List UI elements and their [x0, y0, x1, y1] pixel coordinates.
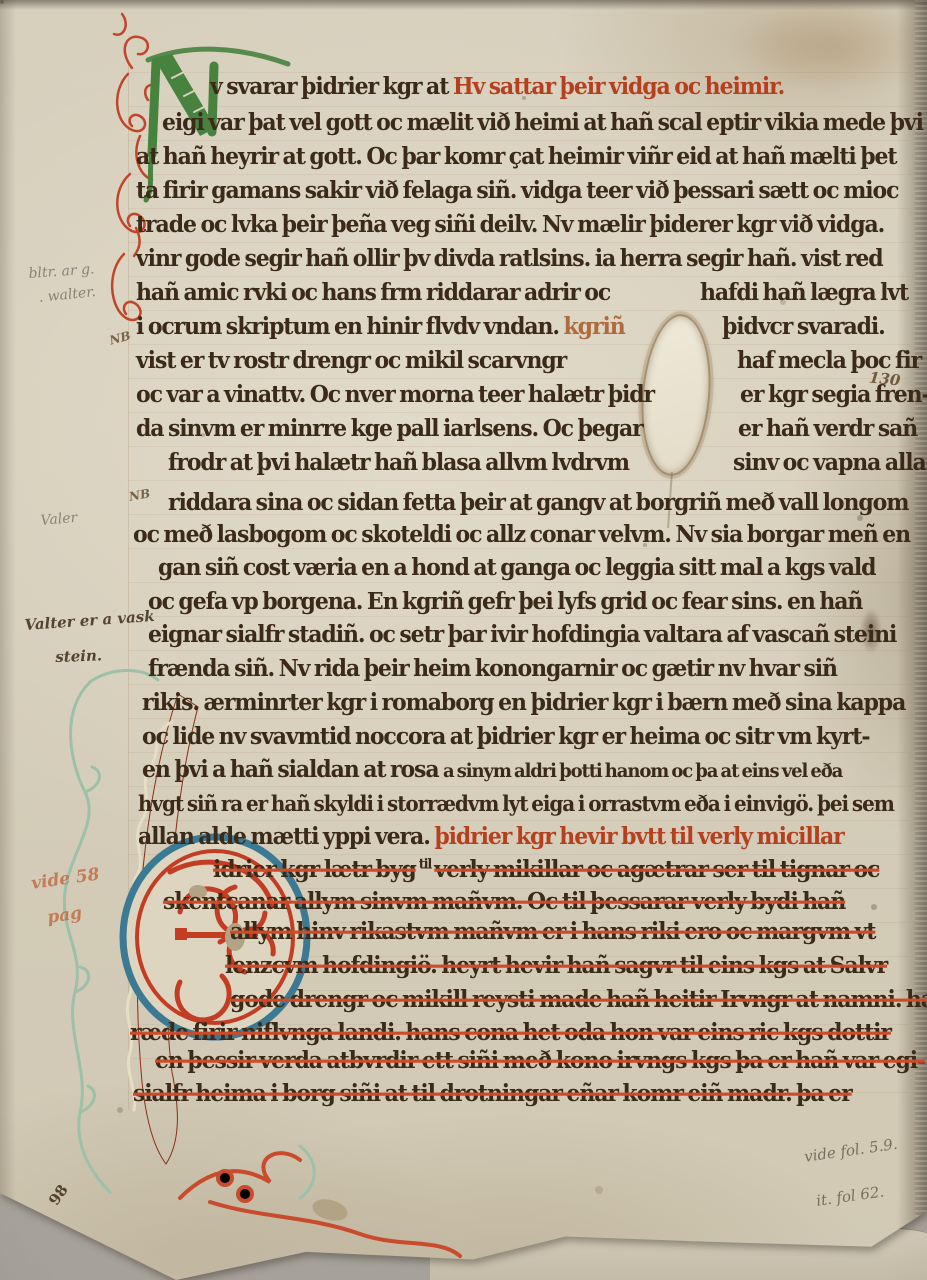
text-segment: v svarar þidrier kgr at: [210, 73, 453, 100]
text-segment: vinr gode segir hañ ollir þv divda ratls…: [136, 245, 883, 272]
parchment-speckles: [0, 0, 4, 4]
margin-note: vide fol. 5.9.: [803, 1135, 899, 1166]
text-line: oc var a vinattv. Oc nver morna teer hal…: [136, 381, 654, 408]
text-segment: hafdi hañ lægra lvt: [700, 279, 908, 306]
text-segment: da sinvm er minrre kge pall iarlsens. Oc…: [136, 415, 643, 442]
text-segment: gode drengr oc mikill reysti made hañ he…: [230, 986, 927, 1013]
margin-note: Valer: [40, 510, 78, 529]
text-segment: rikis. ærminrter kgr i romaborg en þidri…: [142, 689, 905, 716]
text-segment: sialfr heima i borg siñi at til drotning…: [133, 1080, 852, 1107]
text-line: er hañ verdr sañ: [738, 415, 917, 442]
text-segment: i ocrum skriptum en hinir flvdv vndan.: [136, 313, 559, 340]
margin-note: stein.: [55, 646, 102, 666]
text-segment: þidrier kgr hevir bvtt til verly micilla…: [434, 823, 843, 850]
text-segment: a sinym aldri þotti hanom oc þa at eins …: [443, 760, 842, 782]
page-left-shadow: [0, 0, 16, 1280]
text-segment: gan siñ cost væria en a hond at ganga oc…: [158, 554, 875, 581]
text-line: rikis. ærminrter kgr i romaborg en þidri…: [142, 689, 905, 716]
text-segment: verly mikillar oc agætrar ser til tignar…: [434, 856, 879, 883]
text-line: en þessir verda atbvrdir ett siñi með ko…: [155, 1047, 925, 1074]
text-line: en þvi a hañ sialdan at rosa a sinym ald…: [142, 756, 842, 783]
text-line: vinr gode segir hañ ollir þv divda ratls…: [136, 245, 883, 272]
text-line: ræde firir niflvnga landi. hans cona het…: [130, 1019, 891, 1046]
text-segment: vist er tv rostr drengr oc mikil scarvng…: [136, 347, 566, 374]
bottom-flourish: [150, 1138, 470, 1278]
text-line: þidvcr svaradi.: [722, 313, 885, 340]
text-segment: til: [419, 857, 432, 873]
text-segment: hvgt siñ ra er hañ skyldi i storrædvm ly…: [138, 791, 894, 816]
text-line: oc gefa vp borgena. En kgriñ gefr þei ly…: [148, 588, 862, 615]
margin-note: . walter.: [38, 284, 97, 306]
text-segment: en þessir verda atbvrdir ett siñi með ko…: [155, 1047, 925, 1074]
text-segment: er hañ verdr sañ: [738, 415, 917, 442]
text-line: lenzcvm hofdingiö. heyrt hevir hañ sagvr…: [225, 952, 887, 979]
text-line: oc lide nv svavmtid noccora at þidrier k…: [142, 723, 869, 750]
text-segment: hañ amic rvki oc hans frm riddarar adrir…: [136, 279, 610, 306]
text-segment: oc með lasbogom oc skoteldi oc allz cona…: [133, 521, 910, 548]
text-segment: at hañ heyrir at gott. Oc þar komr çat h…: [136, 143, 896, 170]
text-line: skentcanar allym sinvm mañvm. Oc til þes…: [163, 888, 845, 915]
text-line: gode drengr oc mikill reysti made hañ he…: [230, 986, 927, 1013]
text-segment: lenzcvm hofdingiö. heyrt hevir hañ sagvr…: [225, 952, 887, 979]
book-edge-shadow: [897, 0, 927, 1280]
margin-note: Valter er a vask: [24, 607, 155, 634]
text-segment: trade oc lvka þeir þeña veg siñi deilv. …: [136, 211, 884, 238]
text-line: v svarar þidrier kgr at Hv sattar þeir v…: [210, 73, 784, 100]
text-line: idrier kgr lætr bygtilverly mikillar oc …: [213, 856, 879, 883]
text-line: hvgt siñ ra er hañ skyldi i storrædvm ly…: [138, 790, 894, 817]
text-line: vist er tv rostr drengr oc mikil scarvng…: [136, 347, 566, 374]
text-line: allan alde mætti yppi vera. þidrier kgr …: [138, 823, 844, 850]
text-line: riddara sina oc sidan fetta þeir at gang…: [168, 489, 908, 516]
text-segment: skentcanar allym sinvm mañvm. Oc til þes…: [163, 888, 845, 915]
text-line: trade oc lvka þeir þeña veg siñi deilv. …: [136, 211, 884, 238]
text-segment: eigi var þat vel gott oc mælit við heimi…: [162, 109, 923, 136]
text-line: allym hinv rikastvm mañvm er i hans riki…: [230, 918, 875, 945]
text-line: i ocrum skriptum en hinir flvdv vndan. k…: [136, 313, 625, 340]
text-line: hañ amic rvki oc hans frm riddarar adrir…: [136, 279, 610, 306]
text-segment: en þvi a hañ sialdan at rosa: [142, 756, 443, 783]
text-segment: oc var a vinattv. Oc nver morna teer hal…: [136, 381, 654, 408]
text-line: da sinvm er minrre kge pall iarlsens. Oc…: [136, 415, 643, 442]
text-line: eignar sialfr stadiñ. oc setr þar ivir h…: [148, 621, 896, 648]
text-line: sialfr heima i borg siñi at til drotning…: [133, 1080, 852, 1107]
text-segment: eignar sialfr stadiñ. oc setr þar ivir h…: [148, 621, 896, 648]
text-line: gan siñ cost væria en a hond at ganga oc…: [158, 554, 875, 581]
text-line: at hañ heyrir at gott. Oc þar komr çat h…: [136, 143, 896, 170]
text-line: ta firir gamans sakir við felaga siñ. vi…: [136, 177, 898, 204]
text-segment: ræde firir niflvnga landi. hans cona het…: [130, 1019, 891, 1046]
parchment-page: v svarar þidrier kgr at Hv sattar þeir v…: [0, 0, 927, 1280]
text-segment: riddara sina oc sidan fetta þeir at gang…: [168, 489, 908, 516]
text-segment: frænda siñ. Nv rida þeir heim konongarni…: [148, 655, 837, 682]
text-segment: frodr at þvi halætr hañ blasa allvm lvdr…: [168, 449, 629, 476]
text-line: eigi var þat vel gott oc mælit við heimi…: [162, 109, 923, 136]
text-line: frodr at þvi halætr hañ blasa allvm lvdr…: [168, 449, 629, 476]
folio-number: 130: [868, 368, 901, 389]
margin-note: bltr. ar g.: [28, 261, 95, 282]
text-segment: allym hinv rikastvm mañvm er i hans riki…: [230, 918, 875, 945]
text-segment: kgriñ: [559, 313, 625, 340]
text-segment: idrier kgr lætr byg: [213, 856, 416, 883]
text-segment: Hv sattar þeir vidga oc heimir.: [453, 73, 784, 100]
manuscript-photo: v svarar þidrier kgr at Hv sattar þeir v…: [0, 0, 927, 1280]
text-segment: sinv oc vapna alla: [733, 449, 926, 476]
margin-note: it. fol 62.: [815, 1182, 885, 1209]
text-line: hafdi hañ lægra lvt: [700, 279, 908, 306]
text-line: sinv oc vapna alla: [733, 449, 926, 476]
text-segment: ta firir gamans sakir við felaga siñ. vi…: [136, 177, 898, 204]
text-line: frænda siñ. Nv rida þeir heim konongarni…: [148, 655, 837, 682]
text-segment: allan alde mætti yppi vera.: [138, 823, 434, 850]
text-line: oc með lasbogom oc skoteldi oc allz cona…: [133, 521, 910, 548]
text-segment: oc gefa vp borgena. En kgriñ gefr þei ly…: [148, 588, 862, 615]
margin-note: NB: [128, 486, 151, 503]
text-segment: þidvcr svaradi.: [722, 313, 885, 340]
text-segment: oc lide nv svavmtid noccora at þidrier k…: [142, 723, 869, 750]
